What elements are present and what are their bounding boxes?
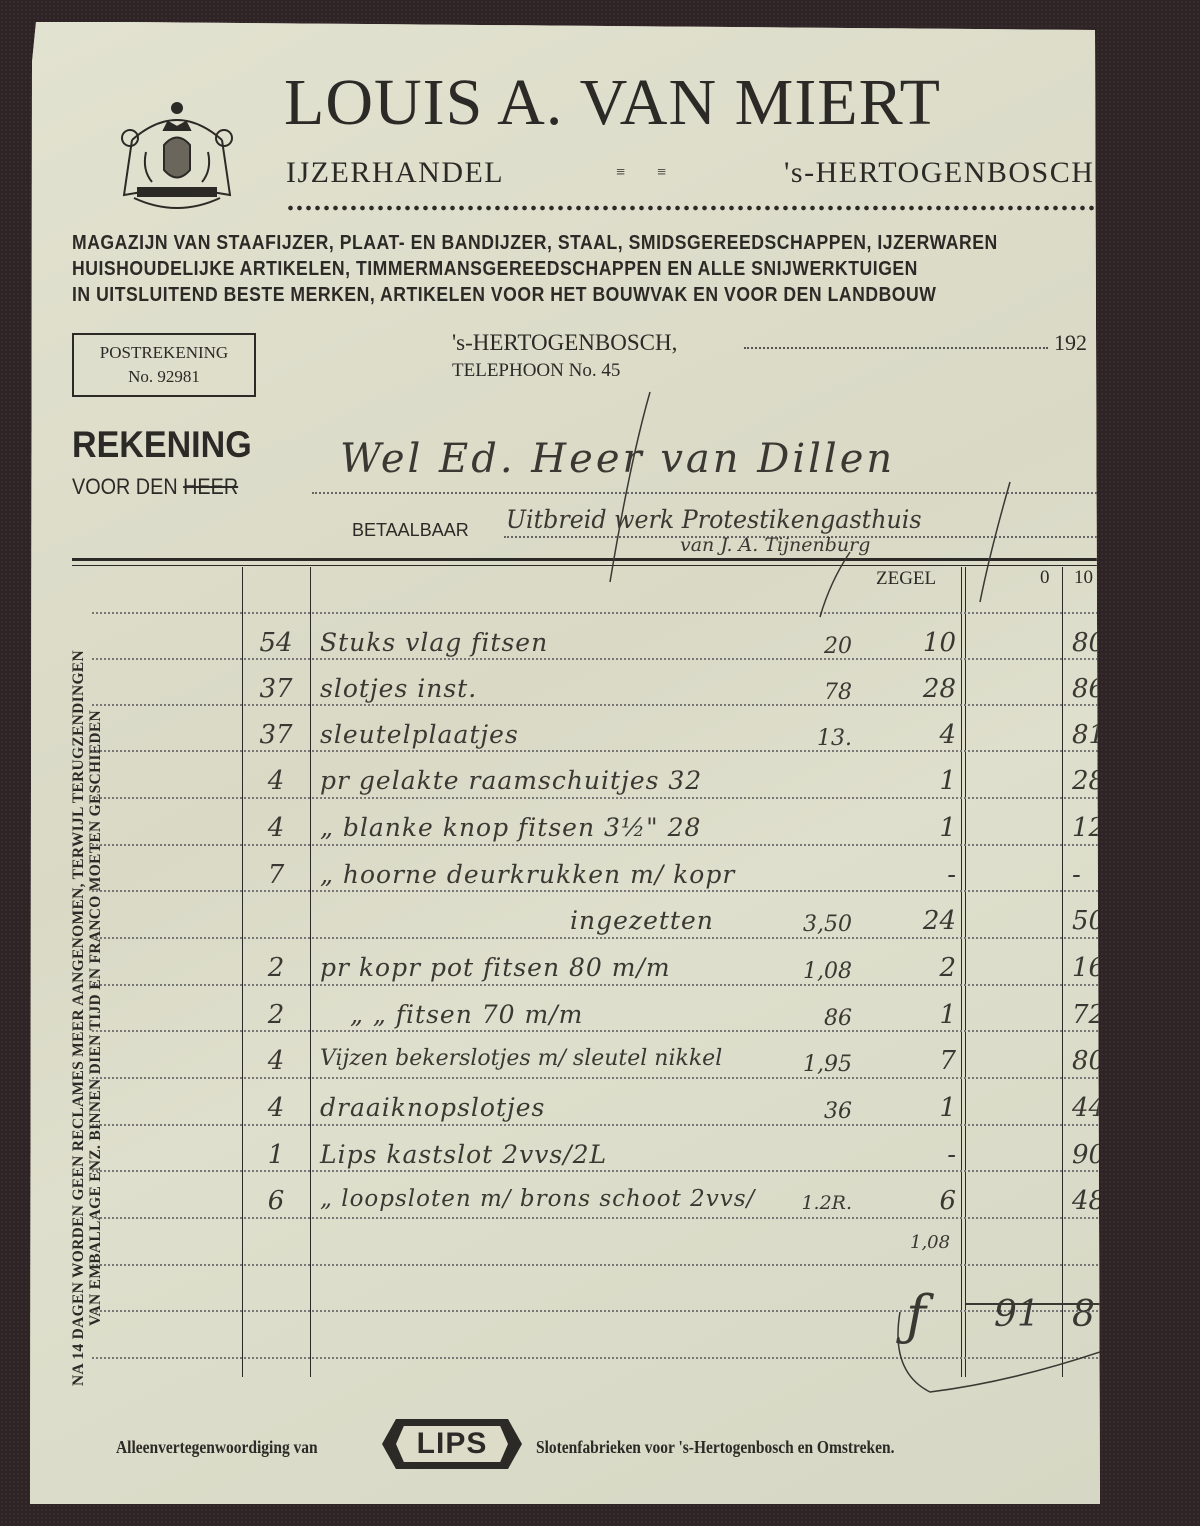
table-row: 37 slotjes inst. 78 28 86. bbox=[0, 674, 1100, 714]
row-description: sleutelplaatjes bbox=[320, 720, 519, 749]
table-row: 7 „ hoorne deurkrukken m/ kopr - - bbox=[0, 860, 1100, 900]
row-cents: 48. bbox=[1072, 1186, 1113, 1216]
row-unit-price: 20 bbox=[824, 634, 852, 659]
table-row: 4 Vijzen bekerslotjes m/ sleutel nikkel … bbox=[0, 1046, 1100, 1086]
table-row: 4 „ blanke knop fitsen 3½" 28 1 12 bbox=[0, 813, 1100, 853]
row-cents: 81. bbox=[1072, 720, 1113, 750]
handwritten-flourish-icon bbox=[590, 382, 1090, 622]
table-row: 4 draaiknopslotjes 36 1 44 bbox=[0, 1093, 1100, 1133]
row-description: draaiknopslotjes bbox=[320, 1093, 545, 1122]
row-unit-price: 1,95 bbox=[803, 1052, 852, 1077]
trade-line: IN UITSLUITEND BESTE MERKEN, ARTIKELEN V… bbox=[72, 282, 1005, 308]
payable-label: BETAALBAAR bbox=[352, 520, 469, 541]
row-guilders: 4 bbox=[939, 720, 956, 750]
invoice-title: REKENING bbox=[72, 424, 252, 466]
row-description: ingezetten bbox=[570, 906, 714, 935]
table-row: 2 pr kopr pot fitsen 80 m/m 1,08 2 16 bbox=[0, 953, 1100, 993]
row-guilders: - bbox=[947, 860, 956, 890]
row-description: „ „ fitsen 70 m/m bbox=[350, 1000, 583, 1029]
row-guilders: 1 bbox=[939, 1000, 956, 1030]
row-qty: 6 bbox=[248, 1186, 304, 1216]
trade-label: IJZERHANDEL bbox=[286, 158, 504, 188]
lips-logo: LIPS bbox=[382, 1419, 522, 1469]
row-guilders: 2 bbox=[939, 953, 956, 983]
row-unit-price: 78 bbox=[824, 680, 852, 705]
telephone-number: TELEPHOON No. 45 bbox=[452, 360, 620, 382]
trade-description: MAGAZIJN VAN STAAFIJZER, PLAAT- EN BANDI… bbox=[72, 230, 1005, 308]
row-cents: - bbox=[1072, 860, 1081, 890]
row-guilders: 24 bbox=[923, 906, 956, 936]
invoice-paper: LOUIS A. VAN MIERT IJZERHANDEL ≡ ≡ 's-HE… bbox=[30, 22, 1100, 1504]
recipient-label-prefix: VOOR DEN bbox=[72, 474, 178, 499]
total-flourish-icon bbox=[890, 1282, 1110, 1402]
row-cents: 80 bbox=[1072, 1046, 1105, 1076]
row-guilders: - bbox=[947, 1140, 956, 1170]
row-cents: 50 bbox=[1072, 906, 1105, 936]
row-description: „ hoorne deurkrukken m/ kopr bbox=[320, 860, 735, 889]
recipient-label: VOOR DEN HEER bbox=[72, 474, 238, 500]
table-row: 54 Stuks vlag fitsen 20 10 80. bbox=[0, 628, 1100, 668]
row-cents: 86. bbox=[1072, 674, 1113, 704]
date-field-line bbox=[744, 347, 1048, 349]
row-guilders: 1 bbox=[939, 813, 956, 843]
row-cents: 72 bbox=[1072, 1000, 1105, 1030]
footer-factory-text: Slotenfabrieken voor 's-Hertogenbosch en… bbox=[536, 1437, 894, 1458]
row-qty: 1 bbox=[248, 1140, 304, 1170]
row-description: Lips kastslot 2vvs/2L bbox=[320, 1140, 607, 1169]
row-description: „ loopsloten m/ brons schoot 2vvs/ bbox=[320, 1186, 755, 1212]
row-qty: 7 bbox=[248, 860, 304, 890]
row-qty: 4 bbox=[248, 1046, 304, 1076]
royal-coat-of-arms-icon bbox=[112, 100, 242, 220]
table-row: 4 pr gelakte raamschuitjes 32 1 28 bbox=[0, 766, 1100, 806]
row-qty: 4 bbox=[248, 813, 304, 843]
table-row: 37 sleutelplaatjes 13. 4 81. bbox=[0, 720, 1100, 760]
row-cents: 12 bbox=[1072, 813, 1105, 843]
row-qty: 37 bbox=[248, 720, 304, 750]
table-row: 6 „ loopsloten m/ brons schoot 2vvs/ 1.2… bbox=[0, 1186, 1100, 1226]
row-unit-price: 86 bbox=[824, 1006, 852, 1031]
row-description: Stuks vlag fitsen bbox=[320, 628, 548, 657]
row-description: „ blanke knop fitsen 3½" 28 bbox=[320, 813, 701, 842]
table-row: 1 Lips kastslot 2vvs/2L - 90. bbox=[0, 1140, 1100, 1180]
row-qty: 2 bbox=[248, 1000, 304, 1030]
separator-marks: ≡ ≡ bbox=[616, 164, 680, 182]
row-unit-price: 3,50 bbox=[803, 912, 852, 937]
row-qty: 4 bbox=[248, 1093, 304, 1123]
recipient-label-struck: HEER bbox=[183, 474, 238, 499]
trade-line: HUISHOUDELIJKE ARTIKELEN, TIMMERMANSGERE… bbox=[72, 256, 1005, 282]
row-description: pr kopr pot fitsen 80 m/m bbox=[320, 953, 671, 982]
row-cents: 28 bbox=[1072, 766, 1105, 796]
postrekening-label: POSTREKENING bbox=[74, 341, 254, 365]
row-unit-price: 13. bbox=[817, 726, 852, 751]
postrekening-box: POSTREKENING No. 92981 bbox=[72, 333, 256, 397]
row-guilders: 28 bbox=[923, 674, 956, 704]
row-guilders: 7 bbox=[939, 1046, 956, 1076]
letterhead-city: 's-HERTOGENBOSCH bbox=[784, 158, 1094, 188]
row-qty: 2 bbox=[248, 953, 304, 983]
year-prefix: 192 bbox=[1054, 330, 1087, 356]
row-qty: 37 bbox=[248, 674, 304, 704]
extra-price-note: 1,08 bbox=[910, 1232, 950, 1253]
row-description: Vijzen bekerslotjes m/ sleutel nikkel bbox=[320, 1046, 722, 1071]
row-guilders: 6 bbox=[939, 1186, 956, 1216]
row-cents: 90. bbox=[1072, 1140, 1113, 1170]
row-line bbox=[92, 1264, 1126, 1266]
row-guilders: 1 bbox=[939, 1093, 956, 1123]
lips-logo-text: LIPS bbox=[396, 1426, 508, 1462]
place-label: 's-HERTOGENBOSCH, bbox=[452, 330, 677, 356]
table-row: ingezetten 3,50 24 50 bbox=[0, 906, 1100, 946]
trade-line: MAGAZIJN VAN STAAFIJZER, PLAAT- EN BANDI… bbox=[72, 230, 1005, 256]
row-unit-price: 36 bbox=[824, 1099, 852, 1124]
row-qty: 54 bbox=[248, 628, 304, 658]
row-qty: 4 bbox=[248, 766, 304, 796]
row-description: slotjes inst. bbox=[320, 674, 477, 703]
row-cents: 16 bbox=[1072, 953, 1105, 983]
row-guilders: 10 bbox=[923, 628, 956, 658]
row-cents: 80. bbox=[1072, 628, 1113, 658]
row-unit-price: 1.2R. bbox=[801, 1192, 852, 1214]
row-description: pr gelakte raamschuitjes 32 bbox=[320, 766, 702, 795]
postrekening-number: No. 92981 bbox=[74, 365, 254, 389]
year-field-line bbox=[1096, 347, 1126, 349]
diamond-rule-divider bbox=[286, 203, 1126, 213]
firm-name: LOUIS A. VAN MIERT bbox=[284, 70, 941, 136]
table-row: 2 „ „ fitsen 70 m/m 86 1 72 bbox=[0, 1000, 1100, 1040]
footer-representation-text: Alleenvertegenwoordiging van bbox=[116, 1437, 318, 1458]
row-unit-price: 1,08 bbox=[803, 959, 852, 984]
row-guilders: 1 bbox=[939, 766, 956, 796]
row-cents: 44 bbox=[1072, 1093, 1105, 1123]
